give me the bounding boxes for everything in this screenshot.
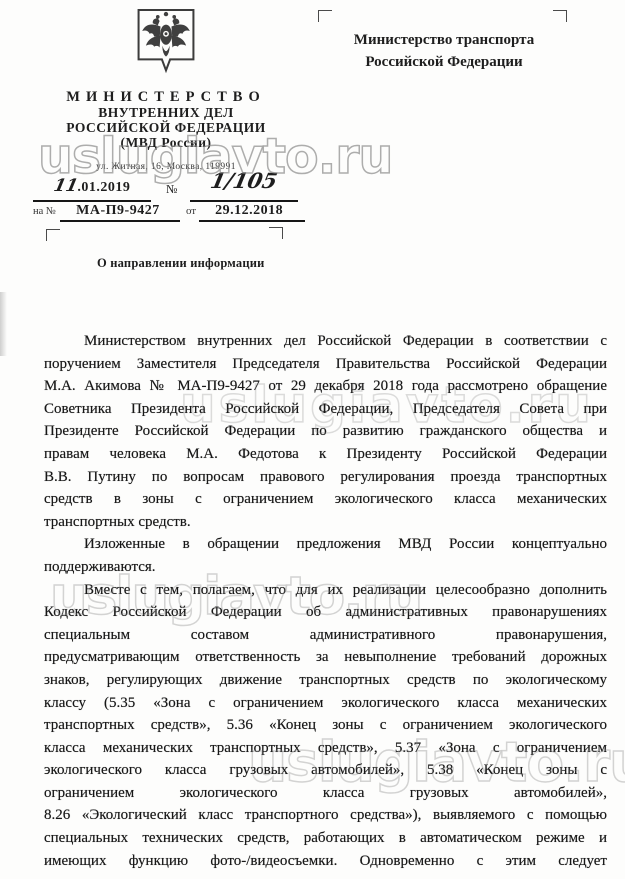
body-line: специальных технических средств, работаю…	[44, 827, 607, 850]
document-body: Министерством внутренних дел Российской …	[44, 330, 607, 872]
ref-from-label: от	[186, 205, 196, 217]
body-line: Изложенные в обращении предложения МВД Р…	[44, 533, 607, 556]
body-line: предусматривающим ответственность за нев…	[44, 646, 607, 669]
scanned-letter-page: uslugiavto.ru uslugiavto.ru uslugiavto.r…	[0, 0, 625, 879]
body-line: поддерживаются.	[44, 556, 607, 579]
reference-line: на №МА-П9-9427от29.12.2018	[33, 203, 305, 222]
recipient-line1: Министерство транспорта	[330, 30, 558, 52]
body-line: классу (5.35 «Зона с ограничением эколог…	[44, 692, 607, 715]
body-line: правам человека М.А. Федотова к Президен…	[44, 443, 607, 466]
coat-of-arms-icon	[134, 6, 198, 83]
body-line: знаков, регулирующих движение транспортн…	[44, 669, 607, 692]
recipient-frame-corner-left	[318, 10, 332, 22]
body-line: экологического класса грузовых автомобил…	[44, 759, 607, 782]
recipient-block: Министерство транспорта Российской Федер…	[330, 30, 558, 74]
subject-frame-corner-left	[46, 229, 60, 241]
letterhead: МИНИСТЕРСТВО ВНУТРЕННИХ ДЕЛ РОССИЙСКОЙ Ф…	[28, 6, 304, 172]
body-line: М.А. Акимова № МА-П9-9427 от 29 декабря …	[44, 375, 607, 398]
outgoing-date-field: 11.01.2019	[33, 176, 151, 202]
org-name-line1: МИНИСТЕРСТВО	[28, 89, 304, 106]
handwritten-day: 11	[52, 176, 80, 196]
body-line: поручением Заместителя Председателя Прав…	[44, 353, 607, 376]
typed-date: .01.2019	[77, 180, 130, 195]
subject-line: О направлении информации	[97, 256, 265, 271]
body-line: 8.26 «Экологический класс транспортного …	[44, 804, 607, 827]
org-name-line2: ВНУТРЕННИХ ДЕЛ	[28, 106, 304, 121]
body-line: Кодекс Российской Федерации об администр…	[44, 601, 607, 624]
body-line: имеющих функцию фото-/видеосъемки. Однов…	[44, 850, 607, 873]
body-line: Министерством внутренних дел Российской …	[44, 330, 607, 353]
body-line: средств в зоны с ограничением экологичес…	[44, 488, 607, 511]
ref-prefix-label: на №	[33, 206, 56, 217]
body-line: Президенте Российской Федерации по разви…	[44, 420, 607, 443]
ref-number: МА-П9-9427	[60, 203, 180, 222]
recipient-frame-corner-right	[553, 10, 567, 22]
recipient-line2: Российской Федерации	[330, 52, 558, 74]
body-line: В.В. Путину по вопросам правового регули…	[44, 466, 607, 489]
org-name-line3: РОССИЙСКОЙ ФЕДЕРАЦИИ	[28, 121, 304, 136]
body-line: транспортных средств», 5.36 «Конец зоны …	[44, 714, 607, 737]
body-line: ограничением экологического класса грузо…	[44, 782, 607, 805]
body-line: специальным составом административного п…	[44, 624, 607, 647]
ref-date: 29.12.2018	[199, 203, 305, 222]
body-line: класса механических транспортных средств…	[44, 737, 607, 760]
handwritten-doc-number: 1/105	[208, 168, 279, 193]
outgoing-number-field: 1/105	[190, 168, 298, 202]
body-line: Советника Президента Российской Федераци…	[44, 398, 607, 421]
subject-frame-corner-right	[269, 227, 283, 239]
body-line: Вместе с тем, полагаем, что для их реали…	[44, 579, 607, 602]
org-short-name: (МВД России)	[28, 136, 304, 151]
body-line: транспортных средств.	[44, 511, 607, 534]
number-sign: №	[166, 182, 177, 197]
scan-smudge	[0, 292, 7, 356]
